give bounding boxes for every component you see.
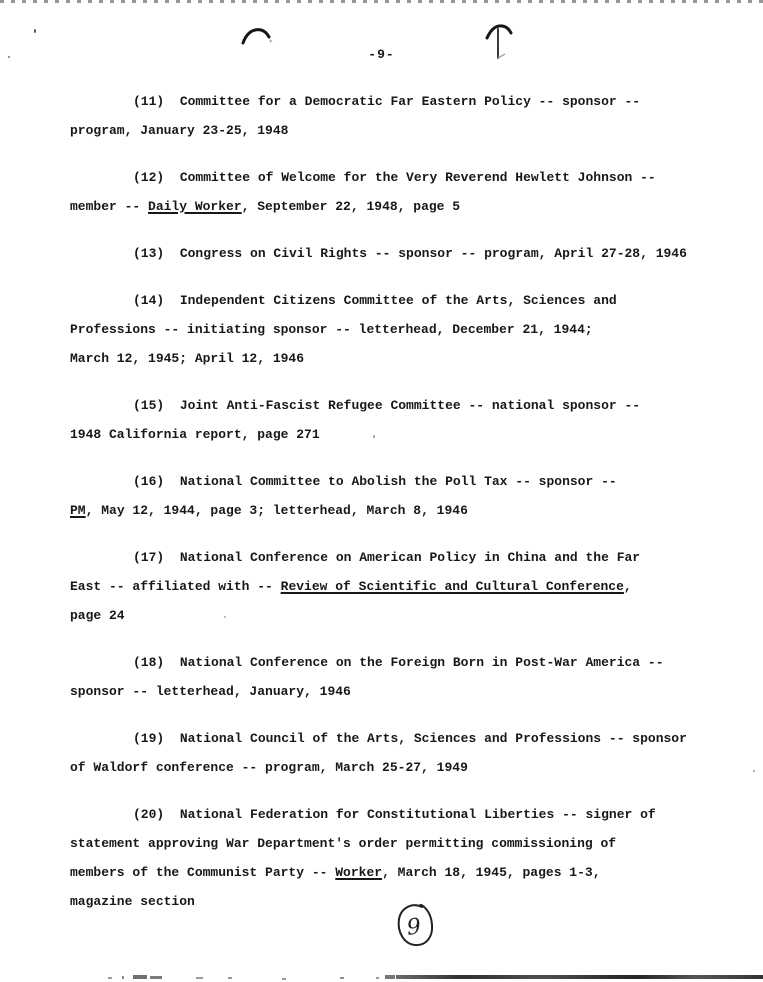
list-item: (17) National Conference on American Pol… bbox=[70, 543, 687, 630]
text-segment: East -- affiliated with -- bbox=[70, 579, 281, 594]
text-segment: of Waldorf conference -- program, March … bbox=[70, 760, 468, 775]
text-segment: , May 12, 1944, page 3; letterhead, Marc… bbox=[86, 503, 468, 518]
item-number: (20) bbox=[133, 807, 164, 822]
scan-artifact-tick bbox=[340, 977, 344, 979]
text-segment: National Federation for Constitutional L… bbox=[164, 807, 655, 822]
text-segment: program, January 23-25, 1948 bbox=[70, 123, 288, 138]
underlined-citation: Worker bbox=[335, 865, 382, 880]
document-line: (18) National Conference on the Foreign … bbox=[70, 648, 687, 677]
document-body: (11) Committee for a Democratic Far East… bbox=[70, 87, 687, 934]
document-line: (15) Joint Anti-Fascist Refugee Committe… bbox=[70, 391, 687, 420]
list-item: (13) Congress on Civil Rights -- sponsor… bbox=[70, 239, 687, 268]
item-number: (19) bbox=[133, 731, 164, 746]
scan-speckle bbox=[753, 770, 755, 772]
document-line: page 24 bbox=[70, 601, 687, 630]
document-line: member -- Daily Worker, September 22, 19… bbox=[70, 192, 687, 221]
document-line: program, January 23-25, 1948 bbox=[70, 116, 687, 145]
perforation-dots bbox=[0, 0, 763, 3]
text-segment: page 24 bbox=[70, 608, 125, 623]
scan-artifact-tick bbox=[133, 975, 147, 979]
text-segment: Committee for a Democratic Far Eastern P… bbox=[164, 94, 640, 109]
item-number: (13) bbox=[133, 246, 164, 261]
item-number: (17) bbox=[133, 550, 164, 565]
document-line: (17) National Conference on American Pol… bbox=[70, 543, 687, 572]
item-number: (11) bbox=[133, 94, 164, 109]
document-line: statement approving War Department's ord… bbox=[70, 829, 687, 858]
page-number: -9- bbox=[0, 47, 763, 62]
text-segment: members of the Communist Party -- bbox=[70, 865, 335, 880]
document-line: (20) National Federation for Constitutio… bbox=[70, 800, 687, 829]
list-item: (20) National Federation for Constitutio… bbox=[70, 800, 687, 916]
text-segment: member -- bbox=[70, 199, 148, 214]
scan-artifact-tick bbox=[150, 976, 162, 979]
document-line: members of the Communist Party -- Worker… bbox=[70, 858, 687, 887]
document-line: 1948 California report, page 271 bbox=[70, 420, 687, 449]
scan-artifact-tick bbox=[108, 977, 112, 979]
text-segment: magazine section bbox=[70, 894, 195, 909]
underlined-citation: PM bbox=[70, 503, 86, 518]
underlined-citation: Review of Scientific and Cultural Confer… bbox=[281, 579, 624, 594]
scan-artifact-band bbox=[396, 975, 763, 979]
document-line: magazine section bbox=[70, 887, 687, 916]
scan-artifact-tick bbox=[228, 977, 232, 979]
list-item: (19) National Council of the Arts, Scien… bbox=[70, 724, 687, 782]
item-number: (14) bbox=[133, 293, 164, 308]
scan-artifact-tick bbox=[196, 977, 203, 979]
document-line: of Waldorf conference -- program, March … bbox=[70, 753, 687, 782]
list-item: (14) Independent Citizens Committee of t… bbox=[70, 286, 687, 373]
text-segment: , September 22, 1948, page 5 bbox=[242, 199, 460, 214]
scan-artifact-tick bbox=[282, 978, 286, 980]
scan-speckle bbox=[34, 29, 36, 33]
list-item: (16) National Committee to Abolish the P… bbox=[70, 467, 687, 525]
text-segment: statement approving War Department's ord… bbox=[70, 836, 616, 851]
list-item: (12) Committee of Welcome for the Very R… bbox=[70, 163, 687, 221]
text-segment: sponsor -- letterhead, January, 1946 bbox=[70, 684, 351, 699]
list-item: (18) National Conference on the Foreign … bbox=[70, 648, 687, 706]
document-line: (11) Committee for a Democratic Far East… bbox=[70, 87, 687, 116]
list-item: (11) Committee for a Democratic Far East… bbox=[70, 87, 687, 145]
text-segment: Independent Citizens Committee of the Ar… bbox=[164, 293, 616, 308]
text-segment: National Committee to Abolish the Poll T… bbox=[164, 474, 616, 489]
text-segment: Congress on Civil Rights -- sponsor -- p… bbox=[164, 246, 687, 261]
text-segment: March 12, 1945; April 12, 1946 bbox=[70, 351, 304, 366]
text-segment: 1948 California report, page 271 bbox=[70, 427, 320, 442]
document-line: (13) Congress on Civil Rights -- sponsor… bbox=[70, 239, 687, 268]
text-segment: , bbox=[624, 579, 632, 594]
document-line: PM, May 12, 1944, page 3; letterhead, Ma… bbox=[70, 496, 687, 525]
item-number: (18) bbox=[133, 655, 164, 670]
document-line: March 12, 1945; April 12, 1946 bbox=[70, 344, 687, 373]
handwritten-circled-page-number: 9 bbox=[392, 901, 438, 953]
scan-artifact-tick bbox=[122, 976, 124, 979]
underlined-citation: Daily Worker bbox=[148, 199, 242, 214]
scan-artifact-tick bbox=[385, 975, 395, 979]
list-item: (15) Joint Anti-Fascist Refugee Committe… bbox=[70, 391, 687, 449]
text-segment: National Council of the Arts, Sciences a… bbox=[164, 731, 687, 746]
text-segment: , March 18, 1945, pages 1-3, bbox=[382, 865, 600, 880]
document-page: -9- (11) Committee for a Democratic Far … bbox=[0, 0, 763, 982]
document-line: Professions -- initiating sponsor -- let… bbox=[70, 315, 687, 344]
document-line: (12) Committee of Welcome for the Very R… bbox=[70, 163, 687, 192]
item-number: (12) bbox=[133, 170, 164, 185]
text-segment: Professions -- initiating sponsor -- let… bbox=[70, 322, 593, 337]
document-line: (16) National Committee to Abolish the P… bbox=[70, 467, 687, 496]
text-segment: National Conference on the Foreign Born … bbox=[164, 655, 663, 670]
document-line: (19) National Council of the Arts, Scien… bbox=[70, 724, 687, 753]
document-line: (14) Independent Citizens Committee of t… bbox=[70, 286, 687, 315]
item-number: (15) bbox=[133, 398, 164, 413]
circled-page-number-digit: 9 bbox=[406, 914, 423, 940]
item-number: (16) bbox=[133, 474, 164, 489]
text-segment: Joint Anti-Fascist Refugee Committee -- … bbox=[164, 398, 640, 413]
text-segment: Committee of Welcome for the Very Revere… bbox=[164, 170, 655, 185]
document-line: East -- affiliated with -- Review of Sci… bbox=[70, 572, 687, 601]
text-segment: National Conference on American Policy i… bbox=[164, 550, 640, 565]
scan-artifact-tick bbox=[376, 977, 379, 979]
handwritten-arc-mark bbox=[240, 26, 274, 48]
document-line: sponsor -- letterhead, January, 1946 bbox=[70, 677, 687, 706]
